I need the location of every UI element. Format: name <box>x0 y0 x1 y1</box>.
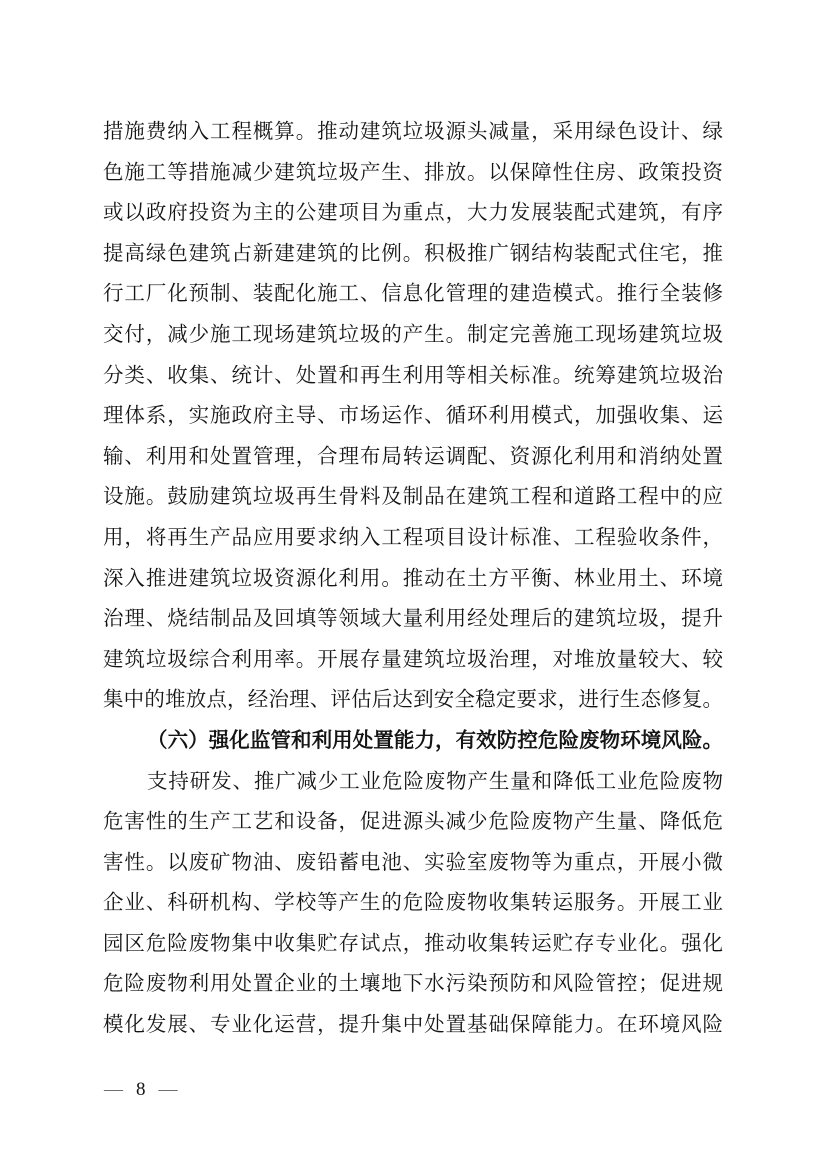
text-line: 支持研发、推广减少工业危险废物产生量和降低工业危险废物 <box>103 762 723 803</box>
text-line: 集中的堆放点，经治理、评估后达到安全稳定要求，进行生态修复。 <box>103 680 723 721</box>
section-heading-line: （六）强化监管和利用处置能力，有效防控危险废物环境风险。 <box>103 721 723 762</box>
text-line: 理体系，实施政府主导、市场运作、循环利用模式，加强收集、运 <box>103 396 723 437</box>
text-line: 害性。以废矿物油、废铅蓄电池、实验室废物等为重点，开展小微 <box>103 843 723 884</box>
text-line: 色施工等措施减少建筑垃圾产生、排放。以保障性住房、政策投资 <box>103 153 723 194</box>
text-line: 行工厂化预制、装配化施工、信息化管理的建造模式。推行全装修 <box>103 274 723 315</box>
text-line: 设施。鼓励建筑垃圾再生骨料及制品在建筑工程和道路工程中的应 <box>103 477 723 518</box>
text-line: 危险废物利用处置企业的土壤地下水污染预防和风险管控；促进规 <box>103 964 723 1005</box>
text-line: 或以政府投资为主的公建项目为重点，大力发展装配式建筑，有序 <box>103 193 723 234</box>
footer-dash-right: — <box>159 1079 178 1100</box>
text-line: 企业、科研机构、学校等产生的危险废物收集转运服务。开展工业 <box>103 883 723 924</box>
text-line: 交付，减少施工现场建筑垃圾的产生。制定完善施工现场建筑垃圾 <box>103 315 723 356</box>
text-line: 用，将再生产品应用要求纳入工程项目设计标准、工程验收条件， <box>103 518 723 559</box>
text-line: 输、利用和处置管理，合理布局转运调配、资源化利用和消纳处置 <box>103 437 723 478</box>
text-line: 分类、收集、统计、处置和再生利用等相关标准。统筹建筑垃圾治 <box>103 356 723 397</box>
text-line: 危害性的生产工艺和设备，促进源头减少危险废物产生量、降低危 <box>103 802 723 843</box>
document-body: 措施费纳入工程概算。推动建筑垃圾源头减量，采用绿色设计、绿色施工等措施减少建筑垃… <box>103 112 723 1046</box>
text-line: 深入推进建筑垃圾资源化利用。推动在土方平衡、林业用土、环境 <box>103 559 723 600</box>
text-line: 治理、烧结制品及回填等领域大量利用经处理后的建筑垃圾，提升 <box>103 599 723 640</box>
footer-dash-left: — <box>104 1079 123 1100</box>
text-line: 措施费纳入工程概算。推动建筑垃圾源头减量，采用绿色设计、绿 <box>103 112 723 153</box>
text-line: 提高绿色建筑占新建建筑的比例。积极推广钢结构装配式住宅，推 <box>103 234 723 275</box>
document-page: 措施费纳入工程概算。推动建筑垃圾源头减量，采用绿色设计、绿色施工等措施减少建筑垃… <box>0 0 826 1169</box>
text-line: 模化发展、专业化运营，提升集中处置基础保障能力。在环境风险 <box>103 1005 723 1046</box>
text-line: 园区危险废物集中收集贮存试点，推动收集转运贮存专业化。强化 <box>103 924 723 965</box>
page-number: 8 <box>136 1079 146 1100</box>
page-footer: —8— <box>104 1079 178 1101</box>
text-line: 建筑垃圾综合利用率。开展存量建筑垃圾治理，对堆放量较大、较 <box>103 640 723 681</box>
